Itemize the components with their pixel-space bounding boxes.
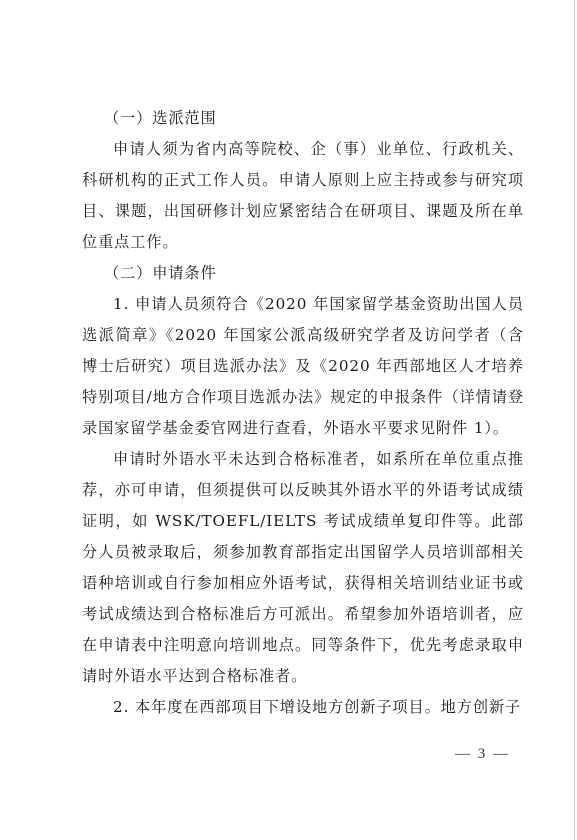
paragraph-language-requirement: 申请时外语水平未达到合格标准者，如系所在单位重点推荐，亦可申请，但须提供可以反映… [82, 444, 524, 692]
document-page: （一）选派范围 申请人须为省内高等院校、企（事）业单位、行政机关、科研机构的正式… [82, 103, 524, 723]
page-number: — 3 — [455, 746, 510, 763]
page-edge-line [574, 0, 575, 840]
paragraph-scope: 申请人须为省内高等院校、企（事）业单位、行政机关、科研机构的正式工作人员。申请人… [82, 134, 524, 258]
paragraph-condition-2: 2. 本年度在西部项目下增设地方创新子项目。地方创新子 [82, 692, 524, 723]
paragraph-condition-1: 1. 申请人员须符合《2020 年国家留学基金资助出国人员选派简章》《2020 … [82, 289, 524, 444]
section-heading-conditions: （二）申请条件 [82, 258, 524, 289]
section-heading-scope: （一）选派范围 [82, 103, 524, 134]
